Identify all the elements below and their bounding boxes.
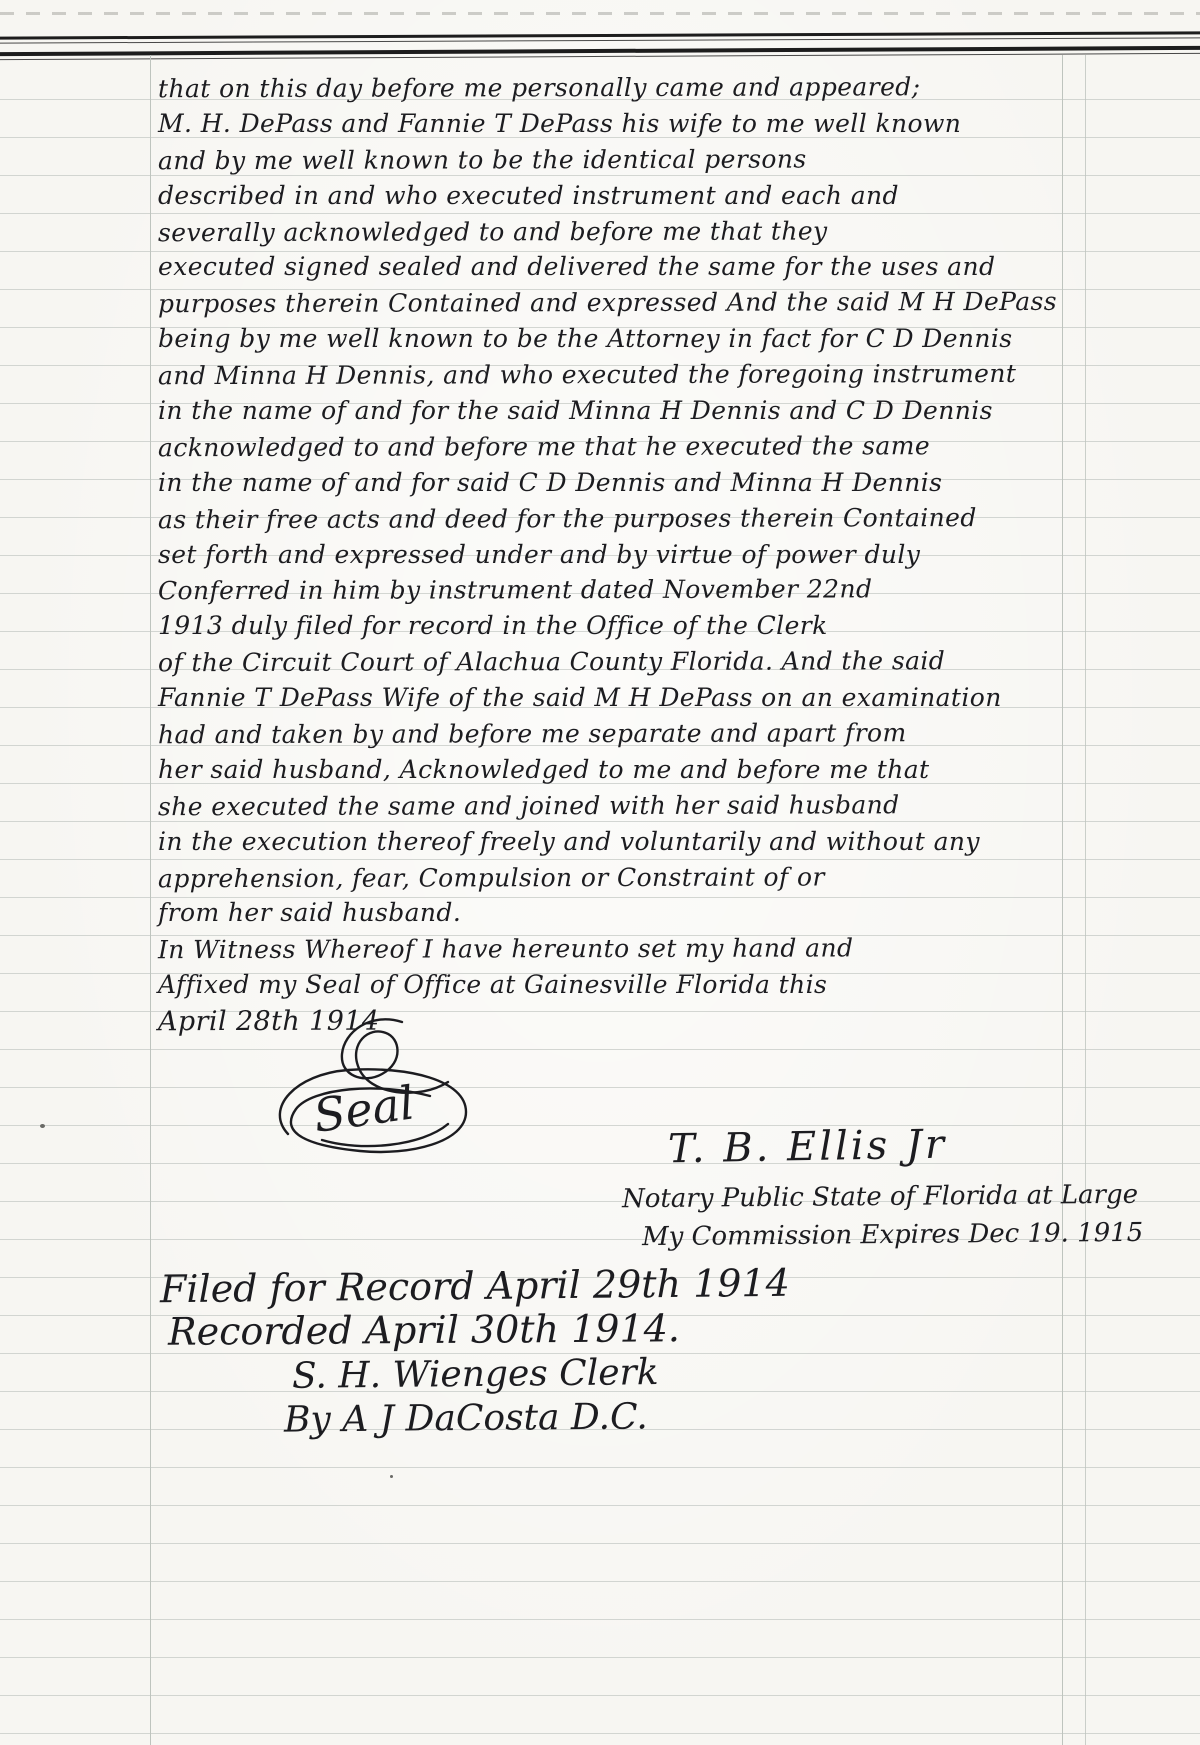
handwritten-line: apprehension, fear, Compulsion or Constr…: [158, 858, 1078, 896]
handwritten-line: described in and who executed instrument…: [158, 178, 1078, 214]
handwritten-line: 1913 duly filed for record in the Office…: [158, 608, 1078, 644]
handwritten-line: M. H. DePass and Fannie T DePass his wif…: [158, 106, 1078, 142]
handwritten-line: being by me well known to be the Attorne…: [158, 321, 1078, 357]
handwritten-line: Affixed my Seal of Office at Gainesville…: [158, 967, 1078, 1003]
notary-signature: T. B. Ellis Jr: [668, 1122, 948, 1173]
filed-for-record-line: Filed for Record April 29th 1914: [160, 1261, 790, 1312]
clerk-signature: S. H. Wienges Clerk: [292, 1352, 659, 1397]
handwritten-line: in the name of and for said C D Dennis a…: [158, 465, 1078, 501]
scan-edge-artifact: [0, 12, 1200, 15]
handwritten-line: of the Circuit Court of Alachua County F…: [158, 643, 1078, 681]
notary-commission-expiry: My Commission Expires Dec 19. 1915: [642, 1218, 1144, 1252]
left-margin-line: [150, 55, 151, 1745]
recorded-line: Recorded April 30th 1914.: [168, 1306, 680, 1354]
seal-scribble-icon: Seal: [252, 1012, 492, 1162]
handwritten-line: she executed the same and joined with he…: [158, 787, 1078, 825]
scan-speck: [40, 1124, 45, 1128]
handwritten-line: from her said husband.: [158, 895, 1078, 931]
scan-speck: [390, 1475, 393, 1478]
handwritten-line: had and taken by and before me separate …: [158, 715, 1078, 753]
handwritten-line: purposes therein Contained and expressed…: [158, 284, 1078, 322]
handwritten-line: as their free acts and deed for the purp…: [158, 499, 1078, 537]
handwritten-line: severally acknowledged to and before me …: [158, 212, 1078, 250]
handwritten-line: and by me well known to be the identical…: [158, 141, 1078, 179]
handwritten-line: in the name of and for the said Minna H …: [158, 393, 1078, 429]
deputy-clerk-signature: By A J DaCosta D.C.: [284, 1396, 648, 1440]
handwritten-line: and Minna H Dennis, and who executed the…: [158, 356, 1078, 394]
handwritten-line: her said husband, Acknowledged to me and…: [158, 752, 1078, 788]
handwritten-line: in the execution thereof freely and volu…: [158, 824, 1078, 860]
scanned-deed-record-page: that on this day before me personally ca…: [0, 0, 1200, 1745]
handwritten-line: that on this day before me personally ca…: [158, 69, 1078, 107]
handwritten-line: executed signed sealed and delivered the…: [158, 249, 1078, 285]
notary-title: Notary Public State of Florida at Large: [622, 1180, 1138, 1215]
handwritten-line: acknowledged to and before me that he ex…: [158, 428, 1078, 466]
notary-seal-flourish: Seal: [252, 1012, 492, 1162]
handwritten-line: In Witness Whereof I have hereunto set m…: [158, 930, 1078, 968]
handwritten-line: Conferred in him by instrument dated Nov…: [158, 571, 1078, 609]
handwritten-line: set forth and expressed under and by vir…: [158, 537, 1078, 573]
seal-word: Seal: [310, 1075, 417, 1143]
right-margin-line-outer: [1085, 55, 1086, 1745]
handwritten-line: Fannie T DePass Wife of the said M H DeP…: [158, 680, 1078, 716]
handwritten-body: that on this day before me personally ca…: [158, 70, 1078, 1039]
